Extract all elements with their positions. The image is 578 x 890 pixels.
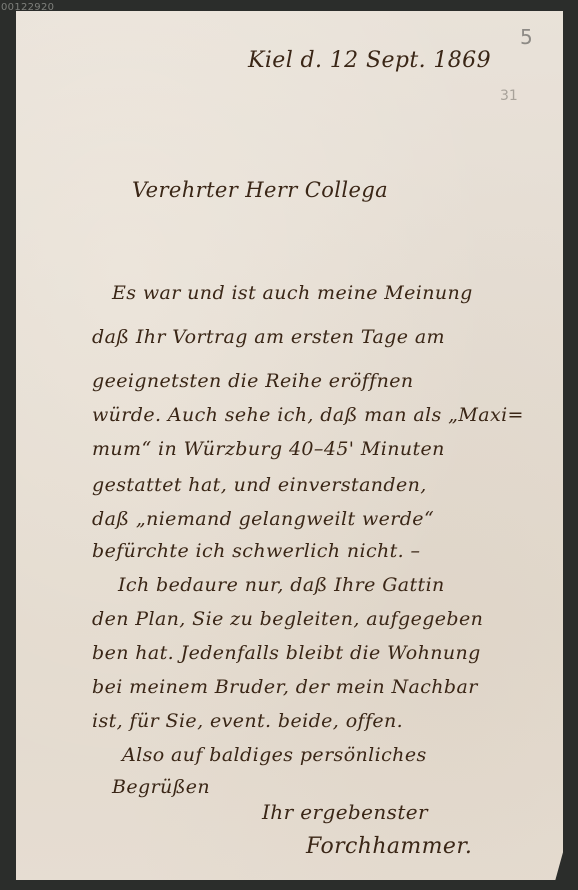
body-line: mum“ in Würzburg 40–45' Minuten (92, 438, 445, 460)
body-line: ist, für Sie, event. beide, offen. (92, 710, 403, 732)
body-line: Ich bedaure nur, daß Ihre Gattin (118, 574, 445, 596)
body-line: ben hat. Jedenfalls bleibt die Wohnung (92, 642, 481, 664)
body-line: Es war und ist auch meine Meinung (112, 282, 473, 304)
body-line: daß Ihr Vortrag am ersten Tage am (92, 326, 445, 348)
archive-mark: 31 (500, 88, 518, 104)
body-line: geeignetsten die Reihe eröffnen (92, 370, 414, 392)
folio-number: 5 (520, 25, 533, 49)
body-line: bei meinem Bruder, der mein Nachbar (92, 676, 478, 698)
body-line: daß „niemand gelangweilt werde“ (92, 508, 434, 530)
letter-signature: Forchhammer. (306, 834, 472, 859)
body-line: Begrüßen (112, 776, 210, 798)
body-line: Also auf baldiges persönliches (122, 744, 427, 766)
body-line: den Plan, Sie zu begleiten, aufgegeben (92, 608, 483, 630)
body-line: würde. Auch sehe ich, daß man als „Maxi= (92, 404, 524, 426)
letter-date-line: Kiel d. 12 Sept. 1869 (248, 48, 491, 73)
letter-salutation: Verehrter Herr Collega (132, 178, 388, 202)
letter-closing: Ihr ergebenster (262, 800, 428, 824)
body-line: befürchte ich schwerlich nicht. – (92, 540, 420, 562)
body-line: gestattet hat, und einverstanden, (92, 474, 427, 496)
